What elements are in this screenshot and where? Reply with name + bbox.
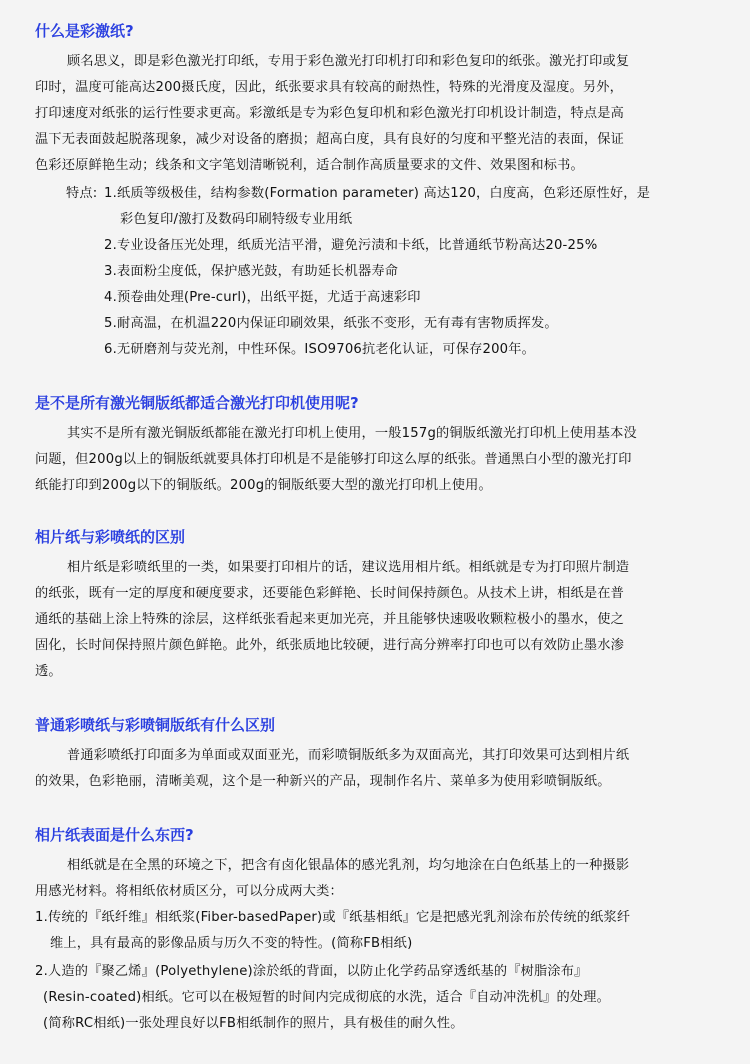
paragraph-line: 其实不是所有激光铜版纸都能在激光打印机上使用，一般157g的铜版纸激光打印机上使… [67, 422, 637, 441]
list-item-fb: 1.传统的『纸纤维』相纸浆(Fiber-basedPaper)或『纸基相纸』它是… [35, 906, 630, 925]
feature-item-3: 3.表面粉尘度低，保护感光鼓，有助延长机器寿命 [104, 260, 398, 279]
feature-item-1: 1.纸质等级极佳，结构参数(Formation parameter) 高达120… [104, 182, 650, 201]
paragraph-line: 透。 [35, 660, 62, 679]
section-heading-photo-vs-inkjet: 相片纸与彩喷纸的区别 [35, 526, 185, 547]
paragraph-line: 相片纸是彩喷纸里的一类，如果要打印相片的话，建议选用相片纸。相纸就是专为打印照片… [67, 556, 629, 575]
paragraph-line: 顾名思义，即是彩色激光打印纸，专用于彩色激光打印机打印和彩色复印的纸张。激光打印… [67, 50, 629, 69]
paragraph-line: 相纸就是在全黑的环境之下，把含有卤化银晶体的感光乳剂，均匀地涂在白色纸基上的一种… [67, 854, 629, 873]
features-label: 特点: [66, 182, 97, 201]
feature-item-1-cont: 彩色复印/激打及数码印刷特级专业用纸 [120, 208, 352, 227]
section-heading-what-is-color-laser-paper: 什么是彩激纸? [35, 20, 134, 41]
paragraph-line: 的效果，色彩艳丽，清晰美观，这个是一种新兴的产品，现制作名片、菜单多为使用彩喷铜… [35, 770, 611, 789]
feature-item-2: 2.专业设备压光处理，纸质光洁平滑，避免污渍和卡纸，比普通纸节粉高达20-25% [104, 234, 597, 253]
section-heading-laser-coated-paper: 是不是所有激光铜版纸都适合激光打印机使用呢? [35, 392, 359, 413]
feature-item-4: 4.预卷曲处理(Pre-curl)，出纸平挺，尤适于高速彩印 [104, 286, 421, 305]
paragraph-line: 用感光材料。将相纸依材质区分，可以分成两大类： [35, 880, 343, 899]
paragraph-line: 温下无表面鼓起脱落现象，减少对设备的磨损；超高白度，具有良好的匀度和平整光洁的表… [35, 128, 624, 147]
paragraph-line: 打印速度对纸张的运行性要求更高。彩激纸是专为彩色复印机和彩色激光打印机设计制造，… [35, 102, 624, 121]
list-item-rc-cont: (简称RC相纸)一张处理良好以FB相纸制作的照片，具有极佳的耐久性。 [43, 1012, 464, 1031]
section-heading-photo-paper-surface: 相片纸表面是什么东西? [35, 824, 194, 845]
paragraph-line: 色彩还原鲜艳生动；线条和文字笔划清晰锐利，适合制作高质量要求的文件、效果图和标书… [35, 154, 584, 173]
paragraph-line: 普通彩喷纸打印面多为单面或双面亚光，而彩喷铜版纸多为双面高光，其打印效果可达到相… [67, 744, 629, 763]
paragraph-line: 的纸张，既有一定的厚度和硬度要求，还要能色彩鲜艳、长时间保持颜色。从技术上讲，相… [35, 582, 624, 601]
paragraph-line: 通纸的基础上涂上特殊的涂层，这样纸张看起来更加光亮，并且能够快速吸收颗粒极小的墨… [35, 608, 624, 627]
list-item-fb-cont: 维上，具有最高的影像品质与历久不变的特性。(简称FB相纸) [50, 932, 412, 951]
paragraph-line: 印时，温度可能高达200摄氏度，因此，纸张要求具有较高的耐热性，特殊的光滑度及湿… [35, 76, 623, 95]
feature-item-6: 6.无研磨剂与荧光剂，中性环保。ISO9706抗老化认证，可保存200年。 [104, 338, 535, 357]
document-page: 什么是彩激纸? 顾名思义，即是彩色激光打印纸，专用于彩色激光打印机打印和彩色复印… [0, 0, 750, 1064]
list-item-rc: 2.人造的『聚乙烯』(Polyethylene)涂於纸的背面，以防止化学药品穿透… [35, 960, 588, 979]
paragraph-line: 固化，长时间保持照片颜色鲜艳。此外，纸张质地比较硬，进行高分辨率打印也可以有效防… [35, 634, 624, 653]
section-heading-inkjet-vs-inkjet-coated: 普通彩喷纸与彩喷铜版纸有什么区别 [35, 714, 275, 735]
paragraph-line: 纸能打印到200g以下的铜版纸。200g的铜版纸要大型的激光打印机上使用。 [35, 474, 492, 493]
feature-item-5: 5.耐高温，在机温220内保证印刷效果，纸张不变形，无有毒有害物质挥发。 [104, 312, 558, 331]
paragraph-line: 问题，但200g以上的铜版纸就要具体打印机是不是能够打印这么厚的纸张。普通黑白小… [35, 448, 632, 467]
list-item-rc-cont: (Resin-coated)相纸。它可以在极短暂的时间内完成彻底的水洗，适合『自… [43, 986, 610, 1005]
